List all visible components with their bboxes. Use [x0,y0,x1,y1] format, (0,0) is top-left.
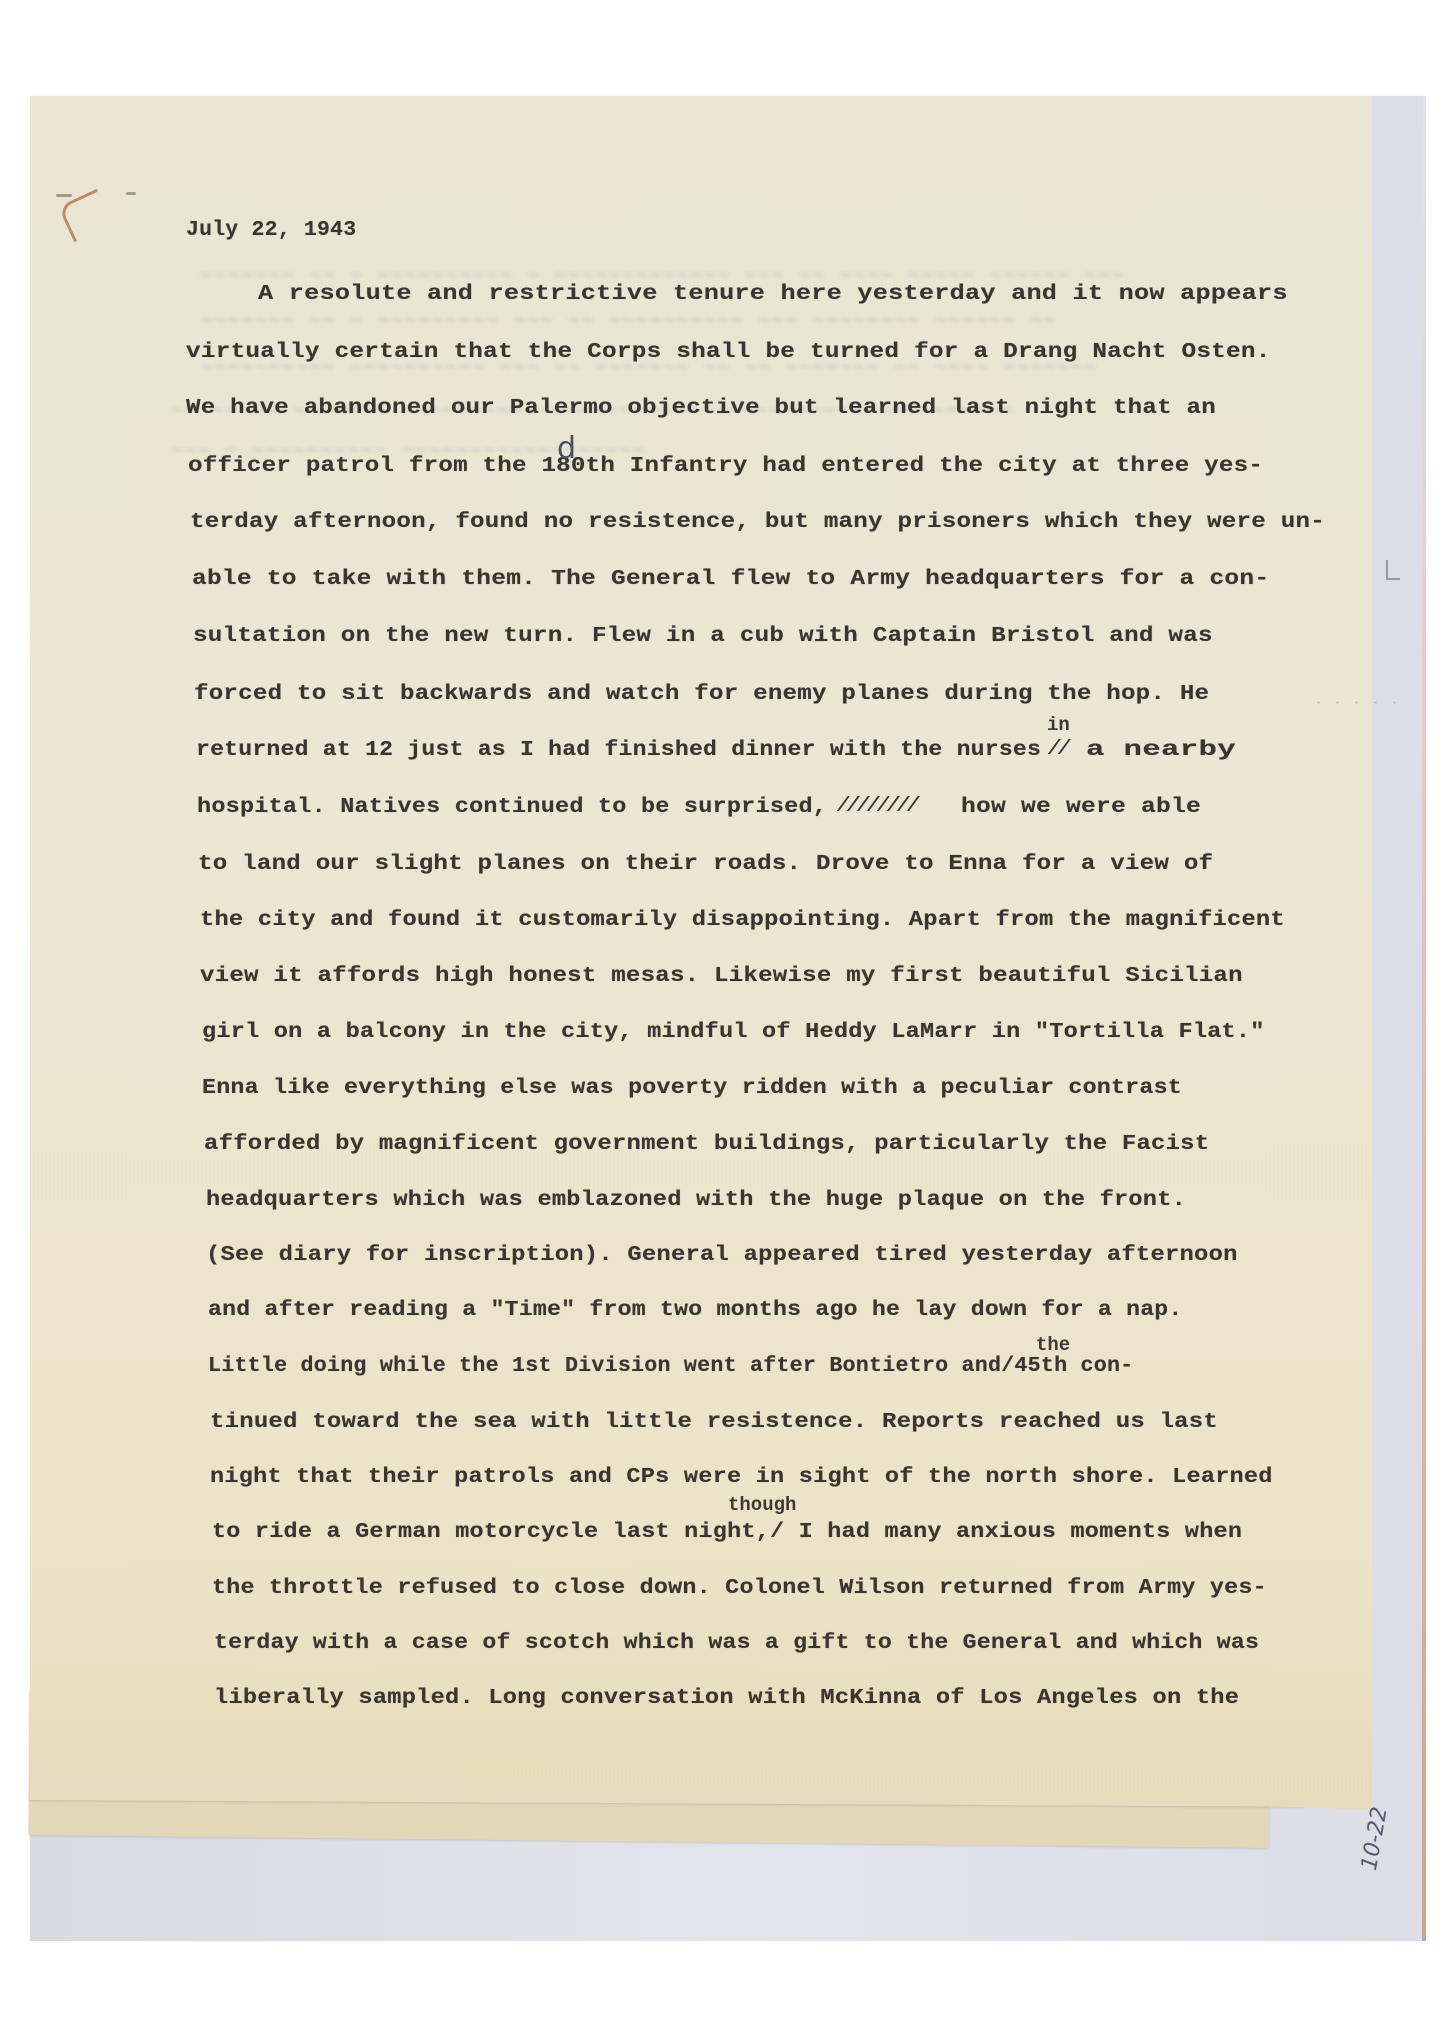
text-line: Little doing while the 1st Division went… [208,1354,1133,1378]
struck-out-text: // [1048,738,1068,761]
text-line: the throttle refused to close down. Colo… [212,1576,1267,1600]
text-line: able to take with them. The General flew… [192,567,1269,591]
text-line: tinued toward the sea with little resist… [210,1410,1218,1434]
text-line: night that their patrols and CPs were in… [210,1465,1273,1489]
typed-text-block: July 22, 1943 A resolute and restrictive… [30,96,1372,1810]
text-line: and after reading a "Time" from two mont… [208,1298,1183,1322]
text-line: liberally sampled. Long conversation wit… [214,1686,1239,1710]
interlinear-insertion: in [1047,714,1070,736]
text-line: virtually certain that the Corps shall b… [186,340,1271,364]
text-line: terday with a case of scotch which was a… [214,1631,1259,1655]
text-line: to ride a German motorcycle last night,/… [212,1520,1242,1544]
text-line: A resolute and restrictive tenure here y… [258,282,1288,306]
text-line: (See diary for inscription). General app… [206,1243,1238,1267]
text-line-tail: how we were able [961,795,1201,819]
interlinear-insertion: though [728,1494,796,1516]
date-heading: July 22, 1943 [186,218,356,242]
interlinear-insertion: the [1036,1334,1070,1356]
text-line: officer patrol from the 180th Infantry h… [188,454,1263,478]
text-line: Enna like everything else was poverty ri… [202,1076,1182,1100]
text-line: returned at 12 just as I had finished di… [196,738,1041,762]
handwritten-correction: d [557,431,576,466]
text-line: to land our slight planes on their roads… [198,852,1213,876]
text-line: terday afternoon, found no resistence, b… [190,510,1325,534]
struck-out-text: //////// [837,795,917,818]
text-line: girl on a balcony in the city, mindful o… [202,1020,1265,1044]
pencil-margin-note: · · · · · [1309,700,1404,736]
text-line: hospital. Natives continued to be surpri… [197,795,827,819]
diary-page: ~~~~~~~ ~~ ~ ~~~~~~~~~~ ~ ~~~~~~~~~~~~~ … [30,96,1372,1810]
pencil-margin-mark [1386,560,1400,580]
text-line: afforded by magnificent government build… [204,1132,1209,1156]
photo-edge [1422,96,1426,1941]
text-line: sultation on the new turn. Flew in a cub… [193,624,1213,648]
text-line: headquarters which was emblazoned with t… [206,1188,1186,1212]
text-line: forced to sit backwards and watch for en… [194,682,1209,706]
text-line-tail: a nearby [1086,738,1236,762]
text-line: the city and found it customarily disapp… [200,908,1285,932]
text-line: We have abandoned our Palermo objective … [186,396,1216,420]
text-line: view it affords high honest mesas. Likew… [200,964,1243,988]
